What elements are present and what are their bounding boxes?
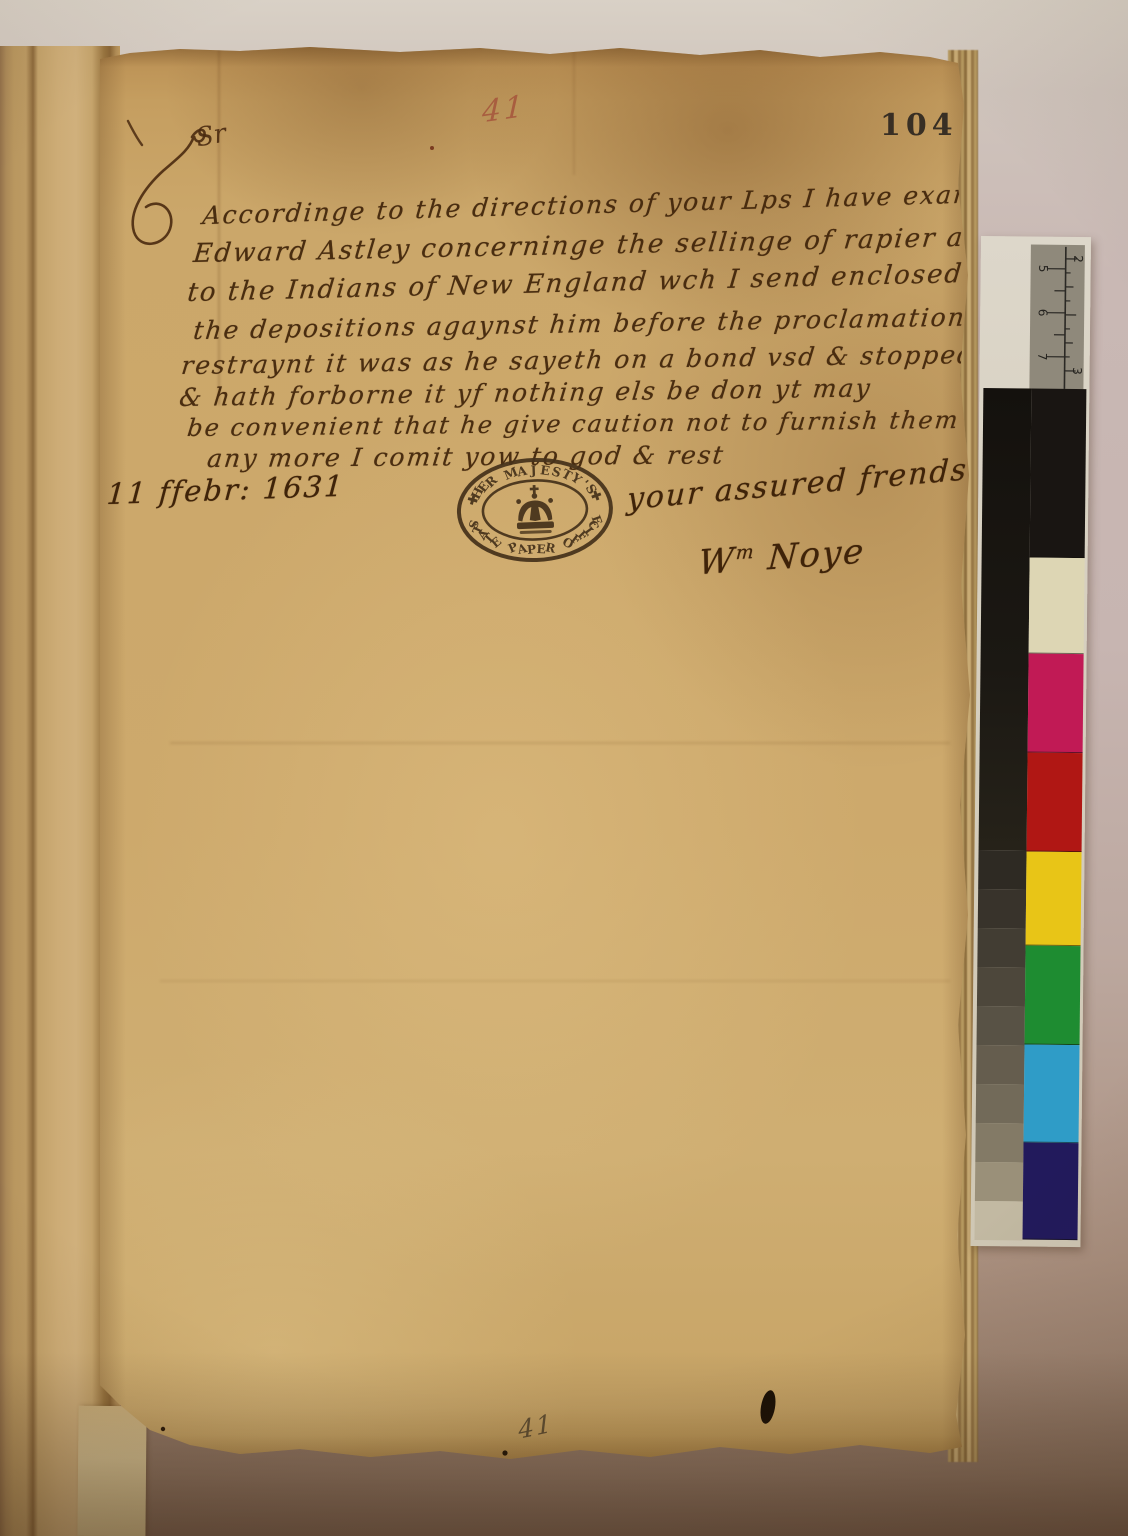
ruler-number-cm: 7 (1035, 353, 1049, 361)
black-wedge (979, 388, 1032, 850)
grayscale-step (978, 850, 1026, 890)
salutation: Sr (194, 119, 229, 154)
color-patch-yellow (1026, 852, 1082, 947)
ruler-number-cm: 6 (1036, 309, 1050, 317)
ink-speck (502, 1450, 507, 1455)
stamp-bottom-text: P (526, 542, 536, 557)
ink-blot (758, 1389, 778, 1425)
stamp-bottom-text: E (589, 513, 605, 526)
ruler: 56723 (1029, 245, 1085, 392)
paper-tape (77, 1406, 146, 1536)
handwritten-line: & hath forborne it yf nothing els be don… (178, 373, 873, 412)
grayscale-step (977, 928, 1025, 968)
ruler-number-inch: 3 (1070, 367, 1084, 375)
manuscript-page: 41 104 Accordinge to the directions of y… (100, 45, 972, 1465)
ruler-number-inch: 2 (1071, 255, 1085, 263)
grayscale-step (974, 1201, 1022, 1241)
color-patch-green (1025, 946, 1081, 1046)
color-patch-red (1027, 753, 1083, 853)
signature-surname: Noye (754, 531, 867, 579)
color-patch-cyan (1024, 1045, 1080, 1144)
grayscale-step (976, 1045, 1024, 1085)
handwritten-line: the depositions agaynst him before the p… (192, 302, 1006, 345)
grayscale-step (975, 1123, 1023, 1163)
handwritten-line: be convenient that he give caution not t… (186, 406, 961, 442)
ink-speck (161, 1427, 165, 1431)
ruler-tick (1064, 247, 1065, 389)
color-patch-magenta (1028, 654, 1084, 754)
ruler-number-cm: 5 (1036, 265, 1050, 273)
stamp-top-text: E (539, 462, 551, 478)
grayscale-step (975, 1162, 1023, 1202)
stamp-top-text: J (529, 462, 537, 477)
grayscale-step (977, 1006, 1025, 1046)
color-patch-black (1030, 389, 1087, 559)
signature-superscript: m (735, 542, 756, 565)
color-calibration-bar: 56723 (970, 236, 1091, 1247)
stamp-bottom-text: R (544, 540, 557, 556)
grayscale-step (976, 1084, 1024, 1124)
grayscale-step (977, 967, 1025, 1007)
photo-of-manuscript: { "page": { "red_folio_number": "41", "p… (0, 0, 1128, 1536)
color-patch-blue (1022, 1142, 1078, 1240)
color-patch-column (1022, 389, 1086, 1241)
grayscale-step (978, 889, 1026, 929)
signature-initial: W (697, 540, 737, 583)
color-patch-white (1029, 558, 1085, 655)
crown-icon (516, 484, 555, 534)
handwritten-line: Accordinge to the directions of your Lps… (201, 177, 1049, 230)
state-paper-office-stamp: ✚HER MAJESTY'S✚STATE PAPER OFFICE (450, 449, 620, 575)
